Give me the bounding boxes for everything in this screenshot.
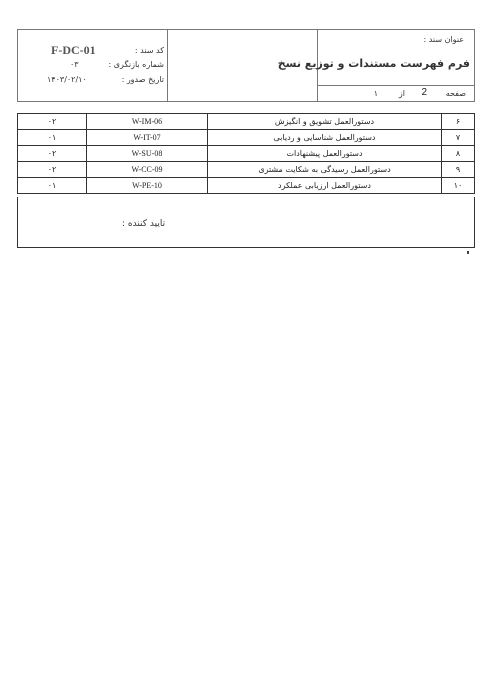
row-number: ۶ (442, 114, 475, 130)
table-row: ۰۲ W-IM-06 دستورالعمل تشویق و انگیزش ۶ (18, 114, 475, 130)
documents-table: ۰۲ W-IM-06 دستورالعمل تشویق و انگیزش ۶ ۰… (17, 113, 475, 194)
header-divider-left (167, 30, 168, 101)
row-revision: ۰۲ (18, 146, 87, 162)
table-row: ۰۱ W-PE-10 دستورالعمل ارزیابی عملکرد ۱۰ (18, 178, 475, 194)
row-name: دستورالعمل ارزیابی عملکرد (208, 178, 442, 194)
table-row: ۰۲ W-SU-08 دستورالعمل پیشنهادات ۸ (18, 146, 475, 162)
row-revision: ۰۲ (18, 162, 87, 178)
row-name: دستورالعمل پیشنهادات (208, 146, 442, 162)
page-mark (467, 251, 469, 254)
row-code: W-IT-07 (87, 130, 208, 146)
row-name: دستورالعمل رسیدگی به شکایت مشتری (208, 162, 442, 178)
row-name: دستورالعمل شناسایی و ردیابی (208, 130, 442, 146)
page-of-label: از (399, 89, 405, 98)
doc-code-label: کد سند : (135, 46, 164, 55)
document-header: کد سند : F-DC-01 شماره بازنگری : ۰۳ تاری… (17, 29, 475, 102)
page-current: 2 (421, 87, 427, 98)
page-total: ۱ (374, 89, 378, 98)
approver-label: تایید کننده : (122, 219, 165, 229)
doc-title-value: فرم فهرست مستندات و توزیع نسخ (278, 57, 470, 70)
issue-date-value: ۱۴۰۳/۰۲/۱۰ (47, 75, 87, 84)
row-name: دستورالعمل تشویق و انگیزش (208, 114, 442, 130)
issue-date-label: تاریخ صدور : (122, 75, 164, 84)
row-number: ۸ (442, 146, 475, 162)
row-revision: ۰۱ (18, 130, 87, 146)
table-row: ۰۲ W-CC-09 دستورالعمل رسیدگی به شکایت مش… (18, 162, 475, 178)
revision-label: شماره بازنگری : (109, 60, 164, 69)
row-code: W-SU-08 (87, 146, 208, 162)
row-number: ۱۰ (442, 178, 475, 194)
row-revision: ۰۲ (18, 114, 87, 130)
page-label: صفحه (446, 89, 466, 98)
row-number: ۷ (442, 130, 475, 146)
revision-value: ۰۳ (70, 60, 79, 69)
header-page-divider (317, 85, 474, 86)
approval-section: تایید کننده : (17, 197, 475, 248)
row-number: ۹ (442, 162, 475, 178)
row-code: W-PE-10 (87, 178, 208, 194)
row-code: W-IM-06 (87, 114, 208, 130)
row-revision: ۰۱ (18, 178, 87, 194)
row-code: W-CC-09 (87, 162, 208, 178)
table-row: ۰۱ W-IT-07 دستورالعمل شناسایی و ردیابی ۷ (18, 130, 475, 146)
doc-code-value: F-DC-01 (51, 43, 96, 58)
doc-title-label: عنوان سند : (423, 35, 464, 44)
